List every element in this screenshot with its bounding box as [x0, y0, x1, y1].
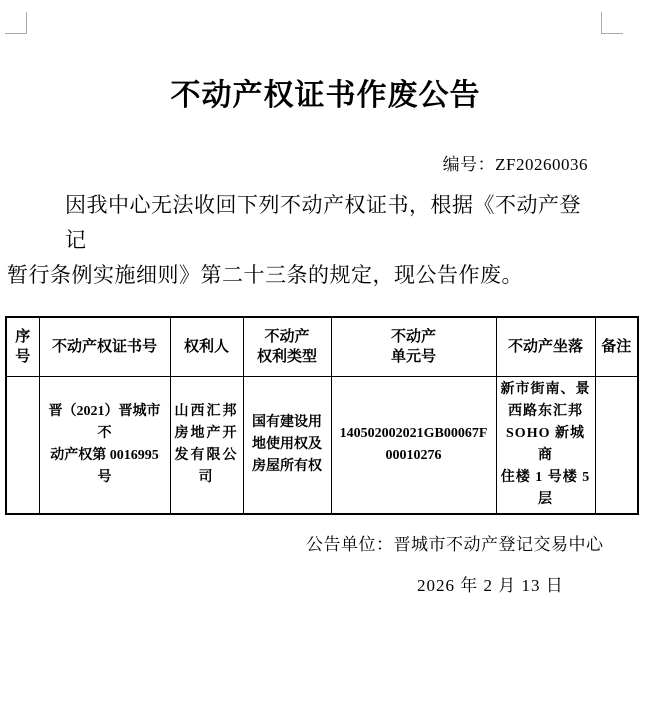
header-remark: 备注 — [595, 317, 638, 376]
page-title: 不动产权证书作废公告 — [0, 70, 651, 114]
table-row: 晋（2021）晋城市不 动产权第 0016995 号 山西汇邦 房地产开 发有限… — [6, 376, 638, 514]
intro-line-1: 因我中心无法收回下列不动产权证书，根据《不动产登记 — [7, 188, 597, 258]
announcement-issuer: 公告单位：晋城市不动产登记交易中心 — [306, 530, 604, 555]
header-holder: 权利人 — [170, 317, 243, 376]
announcement-date: 2026 年 2 月 13 日 — [417, 571, 564, 596]
header-unit-no: 不动产 单元号 — [331, 317, 496, 376]
cell-location: 新市街南、景 西路东汇邦 SOHO 新城商 住楼 1 号楼 5 层 — [496, 376, 595, 514]
document-page: 不动产权证书作废公告 编号：ZF20260036 因我中心无法收回下列不动产权证… — [0, 0, 651, 707]
header-location: 不动产坐落 — [496, 317, 595, 376]
cell-unit-no: 140502002021GB00067F 00010276 — [331, 376, 496, 514]
margin-crop-mark-top-right-horizontal — [601, 33, 623, 34]
table-header-row: 序 号 不动产权证书号 权利人 不动产 权利类型 不动产 单元号 不动产坐落 备… — [6, 317, 638, 376]
margin-crop-mark-top-right-vertical — [601, 12, 602, 34]
header-right-type: 不动产 权利类型 — [243, 317, 331, 376]
header-cert-no: 不动产权证书号 — [39, 317, 170, 376]
document-number: 编号：ZF20260036 — [443, 150, 588, 175]
cell-remark — [595, 376, 638, 514]
cell-cert-no: 晋（2021）晋城市不 动产权第 0016995 号 — [39, 376, 170, 514]
intro-paragraph: 因我中心无法收回下列不动产权证书，根据《不动产登记 暂行条例实施细则》第二十三条… — [7, 188, 597, 293]
cell-seq — [6, 376, 39, 514]
certificate-table: 序 号 不动产权证书号 权利人 不动产 权利类型 不动产 单元号 不动产坐落 备… — [5, 316, 639, 515]
header-seq: 序 号 — [6, 317, 39, 376]
cell-holder: 山西汇邦 房地产开 发有限公 司 — [170, 376, 243, 514]
margin-crop-mark-top-left-horizontal — [5, 33, 27, 34]
cell-right-type: 国有建设用 地使用权及 房屋所有权 — [243, 376, 331, 514]
intro-line-2: 暂行条例实施细则》第二十三条的规定，现公告作废。 — [7, 258, 597, 293]
margin-crop-mark-top-left-vertical — [26, 12, 27, 34]
